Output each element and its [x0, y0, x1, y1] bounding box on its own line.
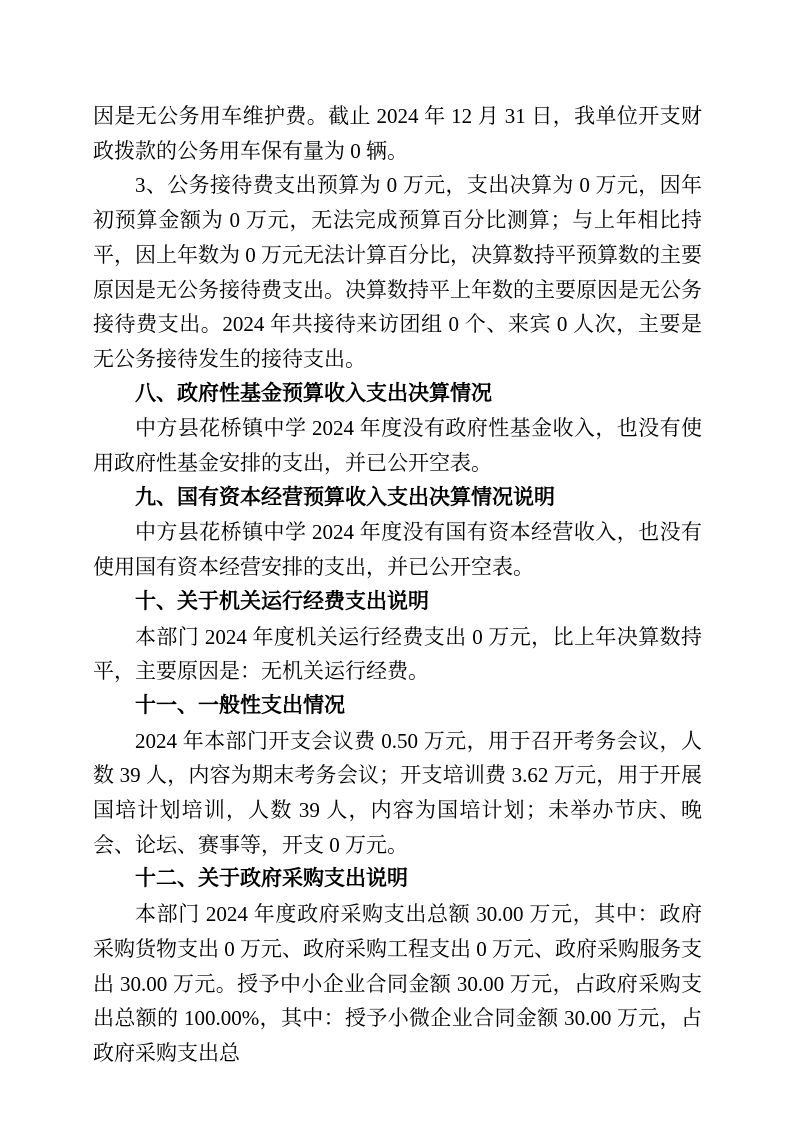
section-heading: 十二、关于政府采购支出说明 [93, 862, 702, 897]
body-paragraph: 3、公务接待费支出预算为 0 万元，支出决算为 0 万元，因年初预算金额为 0 … [93, 168, 702, 376]
body-paragraph: 因是无公务用车维护费。截止 2024 年 12 月 31 日，我单位开支财政拨款… [93, 99, 702, 168]
body-paragraph: 中方县花桥镇中学 2024 年度没有政府性基金收入，也没有使用政府性基金安排的支… [93, 411, 702, 480]
section-heading: 十、关于机关运行经费支出说明 [93, 585, 702, 620]
section-heading: 八、政府性基金预算收入支出决算情况 [93, 377, 702, 412]
document-body: 因是无公务用车维护费。截止 2024 年 12 月 31 日，我单位开支财政拨款… [93, 99, 702, 1071]
body-paragraph: 2024 年本部门开支会议费 0.50 万元，用于召开考务会议，人数 39 人，… [93, 724, 702, 863]
section-heading: 九、国有资本经营预算收入支出决算情况说明 [93, 481, 702, 516]
body-paragraph: 中方县花桥镇中学 2024 年度没有国有资本经营收入，也没有使用国有资本经营安排… [93, 515, 702, 584]
body-paragraph: 本部门 2024 年度政府采购支出总额 30.00 万元，其中：政府采购货物支出… [93, 897, 702, 1071]
document-page: 因是无公务用车维护费。截止 2024 年 12 月 31 日，我单位开支财政拨款… [0, 0, 793, 1122]
body-paragraph: 本部门 2024 年度机关运行经费支出 0 万元，比上年决算数持平，主要原因是：… [93, 620, 702, 689]
section-heading: 十一、一般性支出情况 [93, 689, 702, 724]
